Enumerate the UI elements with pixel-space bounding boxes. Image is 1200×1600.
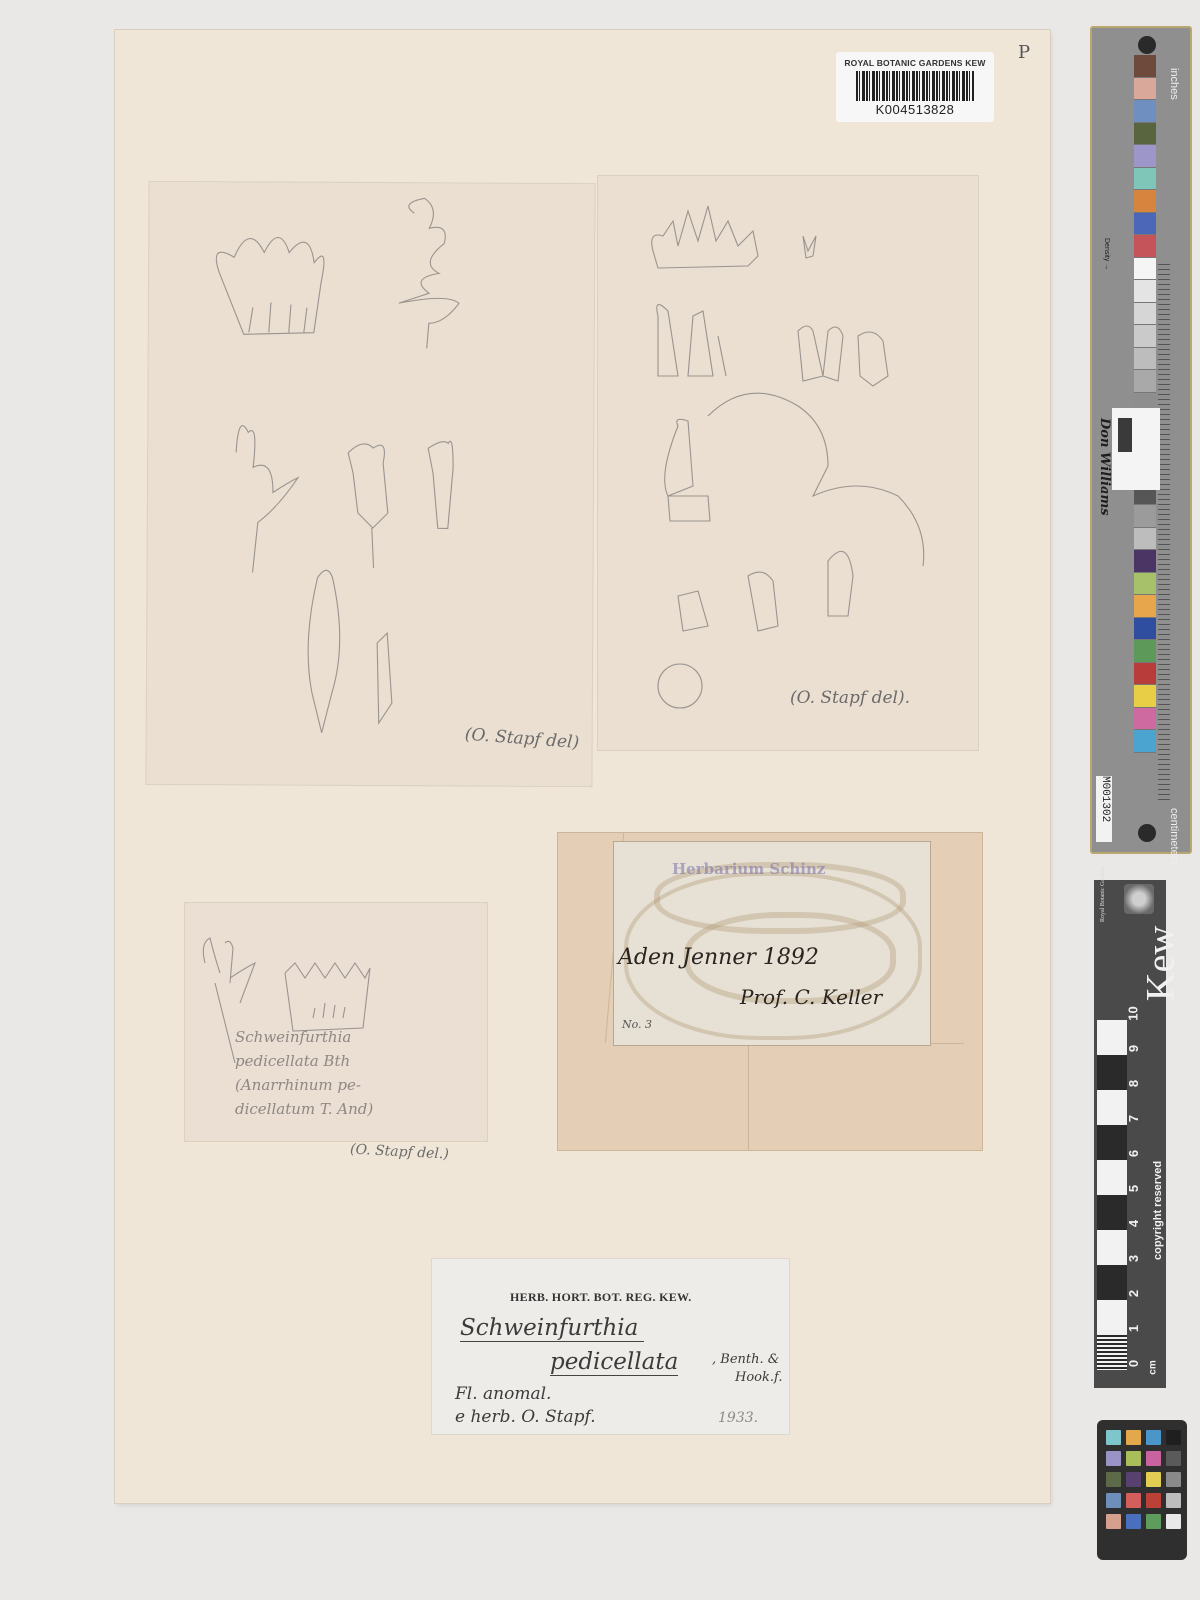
color-patch xyxy=(1146,1451,1161,1466)
color-patch xyxy=(1126,1451,1141,1466)
pencil-sketch-flowers-icon xyxy=(146,182,594,786)
color-swatch xyxy=(1134,550,1156,573)
barcode-icon xyxy=(856,71,974,101)
scale-num: 0 xyxy=(1126,1360,1141,1367)
density-label: Density → xyxy=(1103,238,1110,270)
color-swatch xyxy=(1134,663,1156,686)
scale-num: 1 xyxy=(1126,1325,1141,1332)
color-swatch xyxy=(1134,190,1156,213)
barcode-label: ROYAL BOTANIC GARDENS KEW K004513828 xyxy=(836,52,994,122)
note-line: (Anarrhinum pe- xyxy=(235,1073,485,1097)
scale-num: 4 xyxy=(1126,1220,1141,1227)
scale-num: 3 xyxy=(1126,1255,1141,1262)
color-swatch xyxy=(1134,640,1156,663)
color-swatch xyxy=(1134,258,1156,281)
scale-num: 8 xyxy=(1126,1080,1141,1087)
color-swatch xyxy=(1134,145,1156,168)
grey-target xyxy=(1112,408,1160,490)
note-line: pedicellata Bth xyxy=(235,1049,485,1073)
institution-name: ROYAL BOTANIC GARDENS KEW xyxy=(836,58,994,68)
kew-crest-icon xyxy=(1124,884,1154,914)
color-swatch xyxy=(1134,100,1156,123)
color-patch xyxy=(1166,1451,1181,1466)
color-swatch xyxy=(1134,685,1156,708)
drawing-sheet-1: (O. Stapf del) xyxy=(146,182,594,786)
drawing-sheet-2: (O. Stapf del). xyxy=(598,176,978,750)
color-patch xyxy=(1166,1514,1181,1529)
color-swatch xyxy=(1134,303,1156,326)
author-line-2: Hook.f. xyxy=(735,1370,782,1385)
cm-scale-segments xyxy=(1097,1020,1127,1370)
label-header: HERB. HORT. BOT. REG. KEW. xyxy=(510,1290,692,1305)
scale-num: 6 xyxy=(1126,1150,1141,1157)
color-swatch xyxy=(1134,325,1156,348)
note-line: dicellatum T. And) xyxy=(235,1097,485,1121)
label-note-1: Fl. anomal. xyxy=(455,1384,551,1404)
color-patch xyxy=(1166,1493,1181,1508)
color-swatch xyxy=(1134,235,1156,258)
color-swatch xyxy=(1134,348,1156,371)
unit-centimeters: centimeters xyxy=(1168,808,1180,865)
drawing-3-note: Schweinfurthia pedicellata Bth (Anarrhin… xyxy=(235,1025,485,1121)
pencil-sketch-dissection-icon xyxy=(598,176,978,750)
strip-id-label: M001302 xyxy=(1096,776,1112,842)
scale-num: 9 xyxy=(1126,1045,1141,1052)
barcode-number: K004513828 xyxy=(836,102,994,117)
collection-number: No. 3 xyxy=(622,1018,652,1031)
kew-scale-bar: Royal Botanic Gardens Kew copyright rese… xyxy=(1094,880,1166,1388)
unit-cm: cm xyxy=(1148,1360,1159,1374)
color-swatch xyxy=(1134,55,1156,78)
color-patch xyxy=(1126,1493,1141,1508)
species-epithet: pedicellata xyxy=(550,1349,678,1376)
unit-inches: inches xyxy=(1168,68,1180,100)
color-patch xyxy=(1126,1430,1141,1445)
signature-2: (O. Stapf del). xyxy=(790,688,910,708)
color-patch xyxy=(1106,1430,1121,1445)
scale-num: 2 xyxy=(1126,1290,1141,1297)
color-swatch xyxy=(1134,78,1156,101)
color-checker-chart xyxy=(1097,1420,1187,1560)
kew-logo: Kew xyxy=(1136,926,1183,1002)
color-patch xyxy=(1146,1472,1161,1487)
scale-num: 7 xyxy=(1126,1115,1141,1122)
color-patch xyxy=(1106,1493,1121,1508)
color-swatch xyxy=(1134,213,1156,236)
color-swatch xyxy=(1134,123,1156,146)
collector-text: Prof. C. Keller xyxy=(740,985,882,1009)
color-patch xyxy=(1106,1514,1121,1529)
color-swatch xyxy=(1134,280,1156,303)
color-swatch xyxy=(1134,370,1156,393)
color-swatch xyxy=(1134,528,1156,551)
color-swatch xyxy=(1134,708,1156,731)
color-patch xyxy=(1126,1472,1141,1487)
color-swatch xyxy=(1134,730,1156,753)
color-patch xyxy=(1146,1430,1161,1445)
color-swatch xyxy=(1134,595,1156,618)
locality-text: Aden Jenner 1892 xyxy=(618,945,819,970)
label-note-2: e herb. O. Stapf. xyxy=(455,1407,596,1427)
color-swatches xyxy=(1134,55,1156,753)
author-line-1: , Benth. & xyxy=(712,1352,779,1367)
strip-brand: Don Williams xyxy=(1097,418,1112,516)
color-swatch xyxy=(1134,168,1156,191)
strip-hole-icon xyxy=(1138,824,1156,842)
scale-num: 10 xyxy=(1126,1006,1141,1020)
kew-subtitle: Royal Botanic Gardens xyxy=(1100,866,1106,922)
label-year: 1933. xyxy=(718,1410,758,1426)
color-density-strip: inches Density → Don Williams M001302 ce… xyxy=(1090,26,1192,854)
color-swatch xyxy=(1134,573,1156,596)
note-line: Schweinfurthia xyxy=(235,1025,485,1049)
color-patch xyxy=(1106,1451,1121,1466)
color-patch xyxy=(1166,1472,1181,1487)
color-patch xyxy=(1146,1493,1161,1508)
color-checker-patches xyxy=(1106,1430,1181,1529)
color-swatch xyxy=(1134,505,1156,528)
corner-mark: P xyxy=(1018,42,1030,63)
ruler-ticks xyxy=(1158,264,1170,804)
strip-hole-icon xyxy=(1138,36,1156,54)
scale-num: 5 xyxy=(1126,1185,1141,1192)
color-swatch xyxy=(1134,618,1156,641)
color-patch xyxy=(1126,1514,1141,1529)
color-patch xyxy=(1106,1472,1121,1487)
copyright-text: copyright reserved xyxy=(1152,1161,1164,1260)
herbarium-stamp: Herbarium Schinz xyxy=(672,860,825,878)
color-patch xyxy=(1166,1430,1181,1445)
color-patch xyxy=(1146,1514,1161,1529)
genus-name: Schweinfurthia xyxy=(460,1315,644,1342)
